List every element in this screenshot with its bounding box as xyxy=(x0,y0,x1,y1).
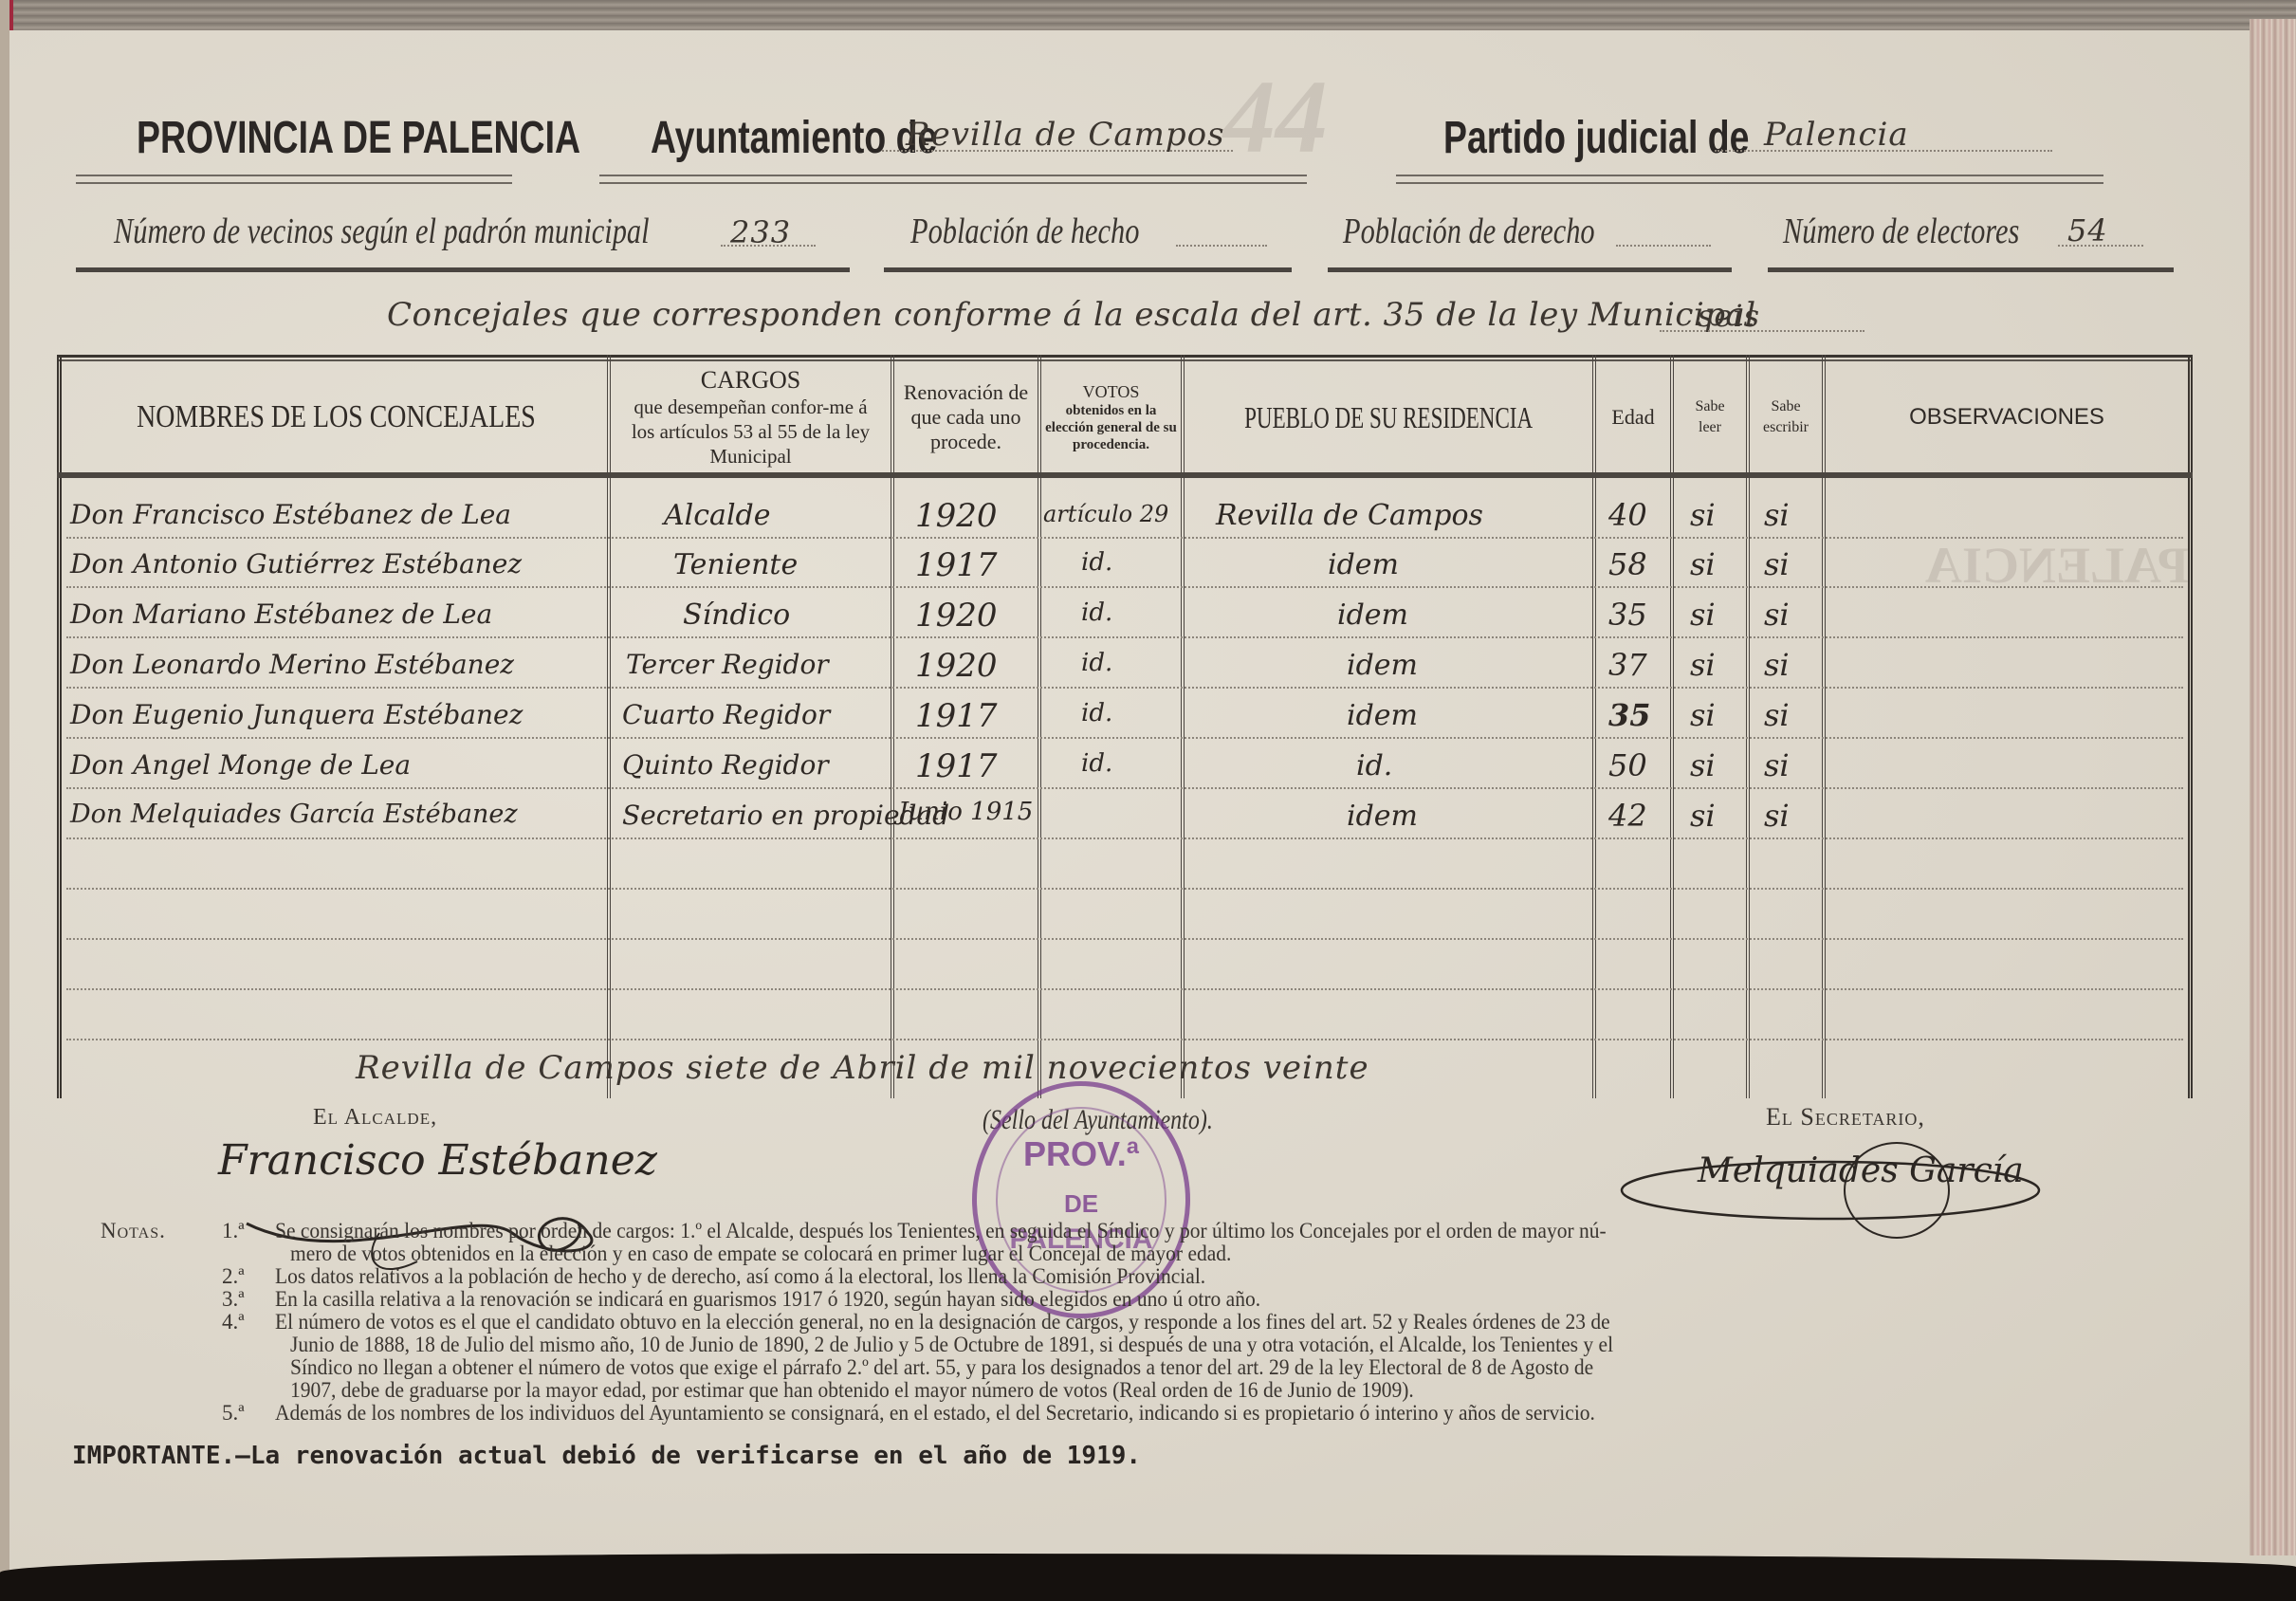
note-line: 1907, debe de graduarse por la mayor eda… xyxy=(290,1379,1414,1402)
row-rule xyxy=(66,837,2183,839)
cell-renovacion: 1917 xyxy=(915,747,998,785)
cell-leer: si xyxy=(1690,546,1716,582)
cell-edad: 35 xyxy=(1608,697,1651,733)
note-number: 5.ª xyxy=(222,1402,245,1425)
header-bottom-rule xyxy=(57,472,2193,478)
fill-line xyxy=(1616,245,1711,247)
cell-cargo: Síndico xyxy=(683,598,790,632)
ayuntamiento-value: Revilla de Campos xyxy=(906,116,1225,154)
cell-nombre: Don Mariano Estébanez de Lea xyxy=(70,598,492,630)
important-notice: IMPORTANTE.—La renovación actual debió d… xyxy=(72,1442,1141,1470)
cell-pueblo: idem xyxy=(1347,800,1418,833)
note-line: El número de votos es el que el candidat… xyxy=(275,1311,1610,1334)
cell-edad: 58 xyxy=(1608,546,1647,582)
col-header-renovacion: Renovación de que cada uno procede. xyxy=(894,362,1038,472)
cell-escribir: si xyxy=(1764,647,1790,683)
row-rule xyxy=(66,737,2183,739)
secretario-label: El Secretario, xyxy=(1766,1106,1925,1129)
row-rule xyxy=(66,1039,2183,1040)
cell-votos: id. xyxy=(1081,598,1112,627)
cell-renovacion: 1917 xyxy=(915,697,998,735)
book-right-edge xyxy=(2250,19,2296,1555)
cell-leer: si xyxy=(1690,647,1716,683)
cell-renovacion: 1920 xyxy=(915,647,998,685)
cell-escribir: si xyxy=(1764,747,1790,783)
cell-pueblo: Revilla de Campos xyxy=(1216,499,1483,532)
col-header-label: PUEBLO DE SU RESIDENCIA xyxy=(1244,400,1533,435)
cell-renovacion: 1920 xyxy=(915,497,998,535)
note-line: Los datos relativos a la población de he… xyxy=(275,1265,1205,1288)
cell-leer: si xyxy=(1690,597,1716,633)
divider xyxy=(884,267,1292,272)
col-header-label: Renovación de que cada uno procede. xyxy=(894,380,1038,454)
cell-edad: 42 xyxy=(1608,798,1647,834)
cell-votos: artículo 29 xyxy=(1043,501,1168,527)
concejales-value: seis xyxy=(1698,298,1760,334)
col-header-edad: Edad xyxy=(1596,362,1670,472)
cell-cargo: Cuarto Regidor xyxy=(622,699,830,730)
cell-edad: 50 xyxy=(1608,747,1647,783)
note-line: Se consignarán los nombres por orden de … xyxy=(275,1220,1607,1242)
note-number: 1.ª xyxy=(222,1220,245,1242)
cell-nombre: Don Antonio Gutiérrez Estébanez xyxy=(70,548,522,580)
cell-cargo: Teniente xyxy=(673,548,798,581)
province-title: PROVINCIA DE PALENCIA xyxy=(137,112,580,164)
cell-votos: id. xyxy=(1081,548,1112,577)
stamp-text: DE xyxy=(972,1189,1190,1219)
col-header-nombres: NOMBRES DE LOS CONCEJALES xyxy=(64,362,607,472)
cell-cargo: Tercer Regidor xyxy=(626,649,829,680)
divider xyxy=(76,267,850,272)
cell-edad: 37 xyxy=(1608,647,1647,683)
row-rule xyxy=(66,888,2183,890)
row-rule xyxy=(66,537,2183,539)
table-right-border xyxy=(2188,355,2193,1098)
place-date: Revilla de Campos siete de Abril de mil … xyxy=(356,1049,1369,1087)
cell-escribir: si xyxy=(1764,597,1790,633)
note-number: 2.ª xyxy=(222,1265,245,1288)
alcalde-label-text: El Alcalde, xyxy=(313,1105,437,1130)
cell-votos: id. xyxy=(1081,649,1112,677)
cell-leer: si xyxy=(1690,747,1716,783)
scan-background xyxy=(0,1554,2296,1601)
cell-edad: 35 xyxy=(1608,597,1647,633)
book-left-edge xyxy=(0,0,9,1601)
cell-nombre: Don Leonardo Merino Estébanez xyxy=(70,649,514,680)
col-header-label: Edad xyxy=(1611,405,1654,430)
cell-leer: si xyxy=(1690,798,1716,834)
cell-cargo: Alcalde xyxy=(664,499,771,532)
fill-line xyxy=(1660,330,1864,332)
cell-leer: si xyxy=(1690,497,1716,533)
cell-escribir: si xyxy=(1764,798,1790,834)
col-header-sabe-leer: Sabe leer xyxy=(1674,362,1746,472)
cell-leer: si xyxy=(1690,697,1716,733)
cell-escribir: si xyxy=(1764,497,1790,533)
note-line: Además de los nombres de los individuos … xyxy=(275,1402,1595,1425)
divider xyxy=(76,175,512,184)
col-header-label: Sabe escribir xyxy=(1757,396,1814,438)
cell-pueblo: idem xyxy=(1347,649,1418,682)
col-header-votos: VOTOS obtenidos en la elección general d… xyxy=(1041,362,1181,472)
col-header-sabe-escribir: Sabe escribir xyxy=(1750,362,1822,472)
pencil-folio-mark: 44 xyxy=(1223,57,1328,177)
cell-pueblo: id. xyxy=(1356,749,1392,782)
note-number: 4.ª xyxy=(222,1311,245,1334)
divider xyxy=(1328,267,1732,272)
note-number: 3.ª xyxy=(222,1288,245,1311)
concejales-table: NOMBRES DE LOS CONCEJALES CARGOS que des… xyxy=(57,355,2193,1098)
document-page: 44 PALENCIA PROVINCIA DE PALENCIA Ayunta… xyxy=(0,0,2296,1601)
divider xyxy=(1396,175,2103,184)
cell-renovacion: Junio 1915 xyxy=(898,798,1033,826)
stamp-text: PROV.ª xyxy=(972,1134,1190,1174)
cell-votos: id. xyxy=(1081,749,1112,778)
col-header-label: OBSERVACIONES xyxy=(1909,404,2104,431)
table-top-border xyxy=(57,355,2193,361)
col-header-pueblo: PUEBLO DE SU RESIDENCIA xyxy=(1185,362,1592,472)
cell-votos: id. xyxy=(1081,699,1112,727)
divider xyxy=(1768,267,2174,272)
cell-nombre: Don Angel Monge de Lea xyxy=(70,749,411,781)
col-header-cargos: CARGOS que desempeñan confor-me á los ar… xyxy=(611,362,891,472)
cell-renovacion: 1920 xyxy=(915,597,998,635)
cell-edad: 40 xyxy=(1608,497,1647,533)
cell-pueblo: idem xyxy=(1328,548,1399,581)
fill-line xyxy=(1176,245,1267,247)
row-rule xyxy=(66,687,2183,689)
col-header-sublabel: obtenidos en la elección general de su p… xyxy=(1045,402,1178,453)
cell-escribir: si xyxy=(1764,546,1790,582)
cell-nombre: Don Melquiades García Estébanez xyxy=(70,800,518,829)
row-rule xyxy=(66,938,2183,940)
col-header-label: VOTOS xyxy=(1083,382,1140,402)
col-header-observaciones: OBSERVACIONES xyxy=(1826,362,2188,472)
note-line: En la casilla relativa a la renovación s… xyxy=(275,1288,1260,1311)
col-header-sublabel: que desempeñan confor-me á los artículos… xyxy=(620,395,881,469)
note-line: Síndico no llegan a obtener el número de… xyxy=(290,1356,1593,1379)
row-rule xyxy=(66,787,2183,789)
table-left-border xyxy=(57,355,62,1098)
cell-nombre: Don Francisco Estébanez de Lea xyxy=(70,499,511,530)
row-rule xyxy=(66,636,2183,638)
secretario-label-text: El Secretario, xyxy=(1766,1103,1925,1131)
cell-pueblo: idem xyxy=(1347,699,1418,732)
cell-escribir: si xyxy=(1764,697,1790,733)
cell-nombre: Don Eugenio Junquera Estébanez xyxy=(70,699,523,730)
col-header-label: Sabe leer xyxy=(1686,396,1734,438)
concejales-label: Concejales que corresponden conforme á l… xyxy=(387,296,1756,334)
cell-renovacion: 1917 xyxy=(915,546,998,584)
poblacion-derecho-label: Población de derecho xyxy=(1343,211,1595,252)
col-header-label: NOMBRES DE LOS CONCEJALES xyxy=(137,399,536,435)
partido-value: Palencia xyxy=(1764,116,1909,154)
divider xyxy=(599,175,1307,184)
electores-label: Número de electores xyxy=(1783,211,2019,252)
alcalde-label: El Alcalde, xyxy=(313,1106,437,1129)
col-header-label: CARGOS xyxy=(701,366,800,395)
cell-pueblo: idem xyxy=(1337,598,1408,632)
note-line: mero de votos obtenidos en la elección y… xyxy=(290,1242,1231,1265)
partido-label: Partido judicial de xyxy=(1443,112,1749,164)
cell-cargo: Quinto Regidor xyxy=(622,749,829,781)
vecinos-label: Número de vecinos según el padrón munici… xyxy=(114,211,650,252)
ayuntamiento-label: Ayuntamiento de xyxy=(651,112,937,164)
row-rule xyxy=(66,586,2183,588)
note-line: Junio de 1888, 18 de Julio del mismo año… xyxy=(290,1334,1613,1356)
vecinos-value: 233 xyxy=(730,214,791,250)
secretario-signature: Melquiades García xyxy=(1698,1151,2024,1190)
poblacion-hecho-label: Población de hecho xyxy=(910,211,1139,252)
row-rule xyxy=(66,988,2183,990)
notes-label: Notas. xyxy=(101,1220,166,1242)
electores-value: 54 xyxy=(2067,212,2108,248)
book-top-edge xyxy=(0,0,2296,30)
